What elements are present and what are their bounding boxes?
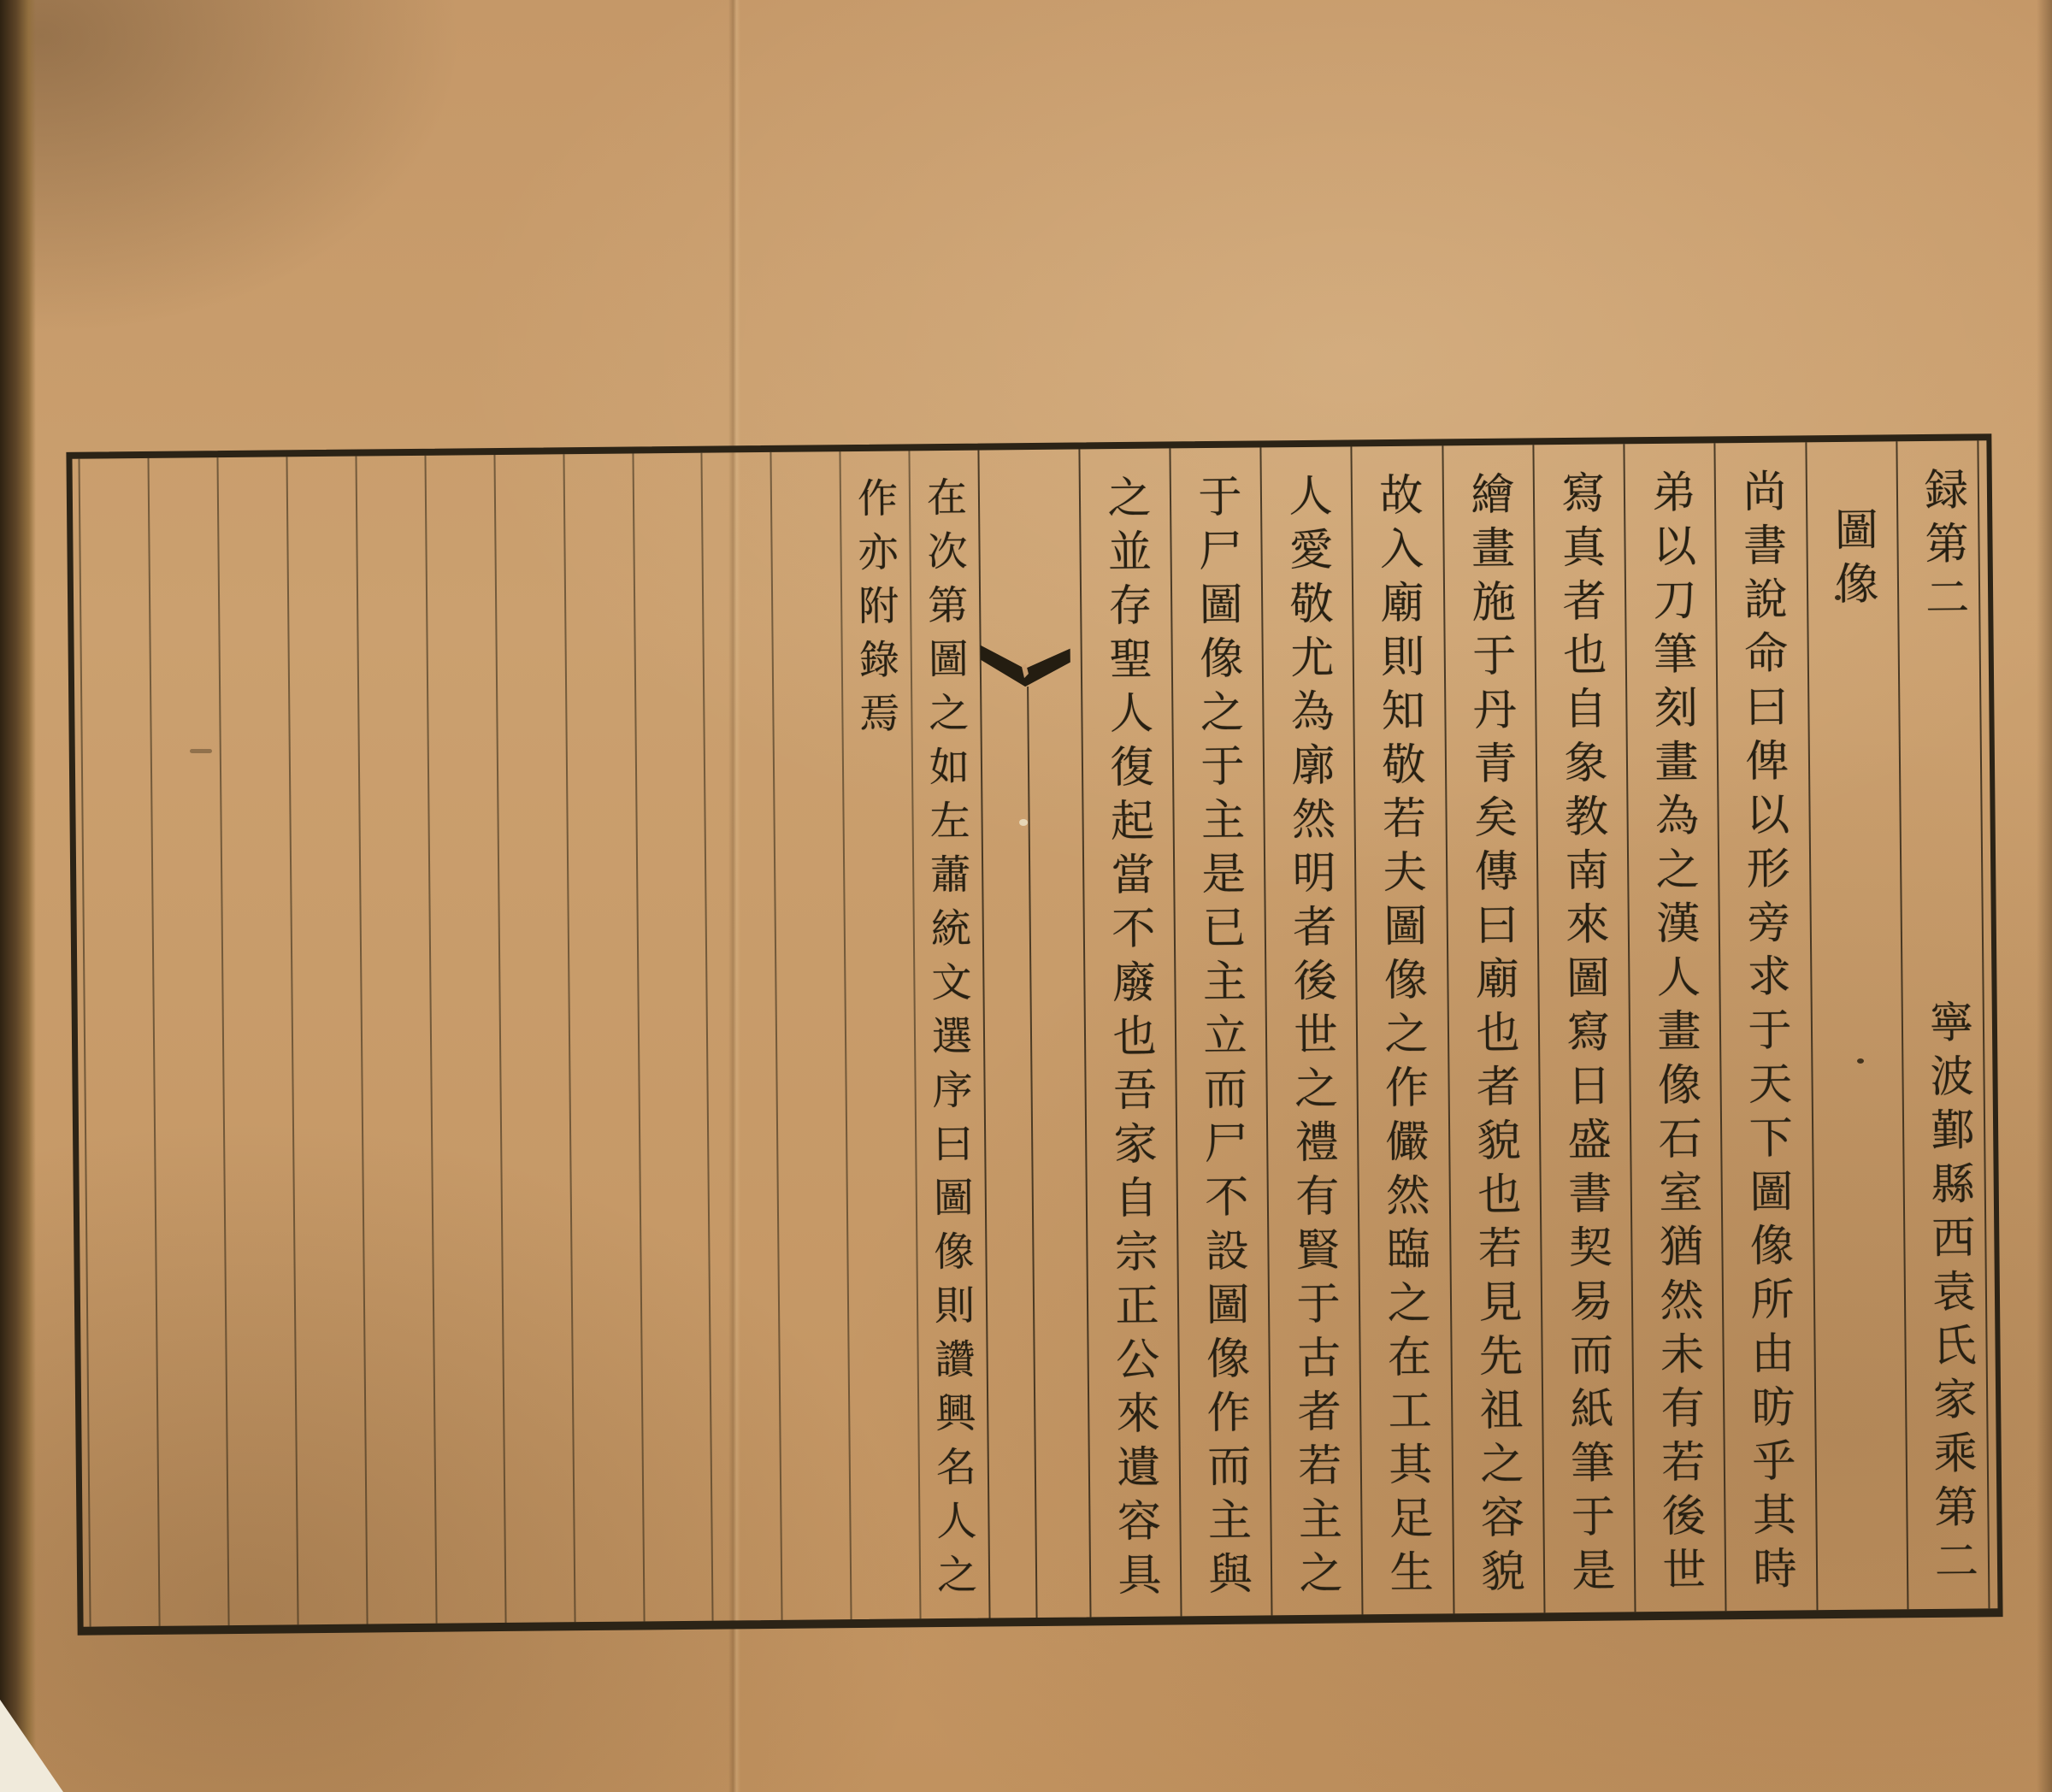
- column-divider: [700, 453, 713, 1621]
- column-text: 尚書說命曰俾以形旁求于天下圖像所由昉乎其時: [1728, 468, 1802, 1600]
- column-text: 故入廟則知敬若夫圖像之作儼然臨之在工其足生: [1365, 472, 1439, 1604]
- column-text: 繪畫施于丹青矣傳曰廟也者貌也若見先祖之容貌: [1456, 471, 1530, 1603]
- column-text: 作亦附錄焉: [846, 476, 905, 746]
- fishtail-mark: [981, 643, 1072, 690]
- paper-background: 録第二寧波鄞縣西袁氏家乘第二圖像尚書說命曰俾以形旁求于天下圖像所由昉乎其時弟以刀…: [0, 0, 2052, 1792]
- paper-fleck: [1019, 819, 1028, 826]
- column-divider: [493, 455, 506, 1623]
- text-column-right-4: 繪畫施于丹青矣傳曰廟也者貌也若見先祖之容貌: [1442, 445, 1543, 1613]
- text-column-right-3: 寫真者也自象教南來圖寫日盛書契易而紙筆于是: [1532, 444, 1634, 1612]
- column-text: 在次第圖之如左蕭統文選序曰圖像則讚興名人之: [915, 476, 983, 1608]
- text-column-right-2: 弟以刀筆刻畫為之漢人畫像石室猶然未有若後世: [1623, 443, 1725, 1612]
- column-text: 人愛敬尤為廓然明者後世之禮有賢于古者若主之: [1274, 473, 1348, 1605]
- column-text: 于尸圖像之于主是已主立而尸不設圖像作而主與: [1183, 474, 1258, 1606]
- text-columns: 録第二寧波鄞縣西袁氏家乘第二圖像尚書說命曰俾以形旁求于天下圖像所由昉乎其時弟以刀…: [72, 440, 1986, 458]
- column-divider: [424, 456, 437, 1624]
- column-divider: [632, 453, 645, 1621]
- column-text: 之並存聖人復起當不廢也吾家自宗正公來遺容具: [1093, 475, 1167, 1606]
- edition-title: 寧波鄞縣西袁氏家乘第二: [1914, 999, 1984, 1592]
- volume-title: 録第二: [1909, 466, 1974, 628]
- text-block-frame: 録第二寧波鄞縣西袁氏家乘第二圖像尚書說命曰俾以形旁求于天下圖像所由昉乎其時弟以刀…: [66, 433, 2002, 1636]
- fold-center-line: [1027, 687, 1037, 1618]
- ink-speck: [1857, 1058, 1864, 1064]
- page-right-edge-shadow: [2037, 0, 2052, 1792]
- book-spine-edge-shadow: [0, 0, 36, 1792]
- ink-smudge: [190, 749, 212, 753]
- text-column-right-6: 人愛敬尤為廓然明者後世之禮有賢于古者若主之: [1259, 446, 1361, 1615]
- column-text: 寫真者也自象教南來圖寫日盛書契易而紙筆于是: [1547, 470, 1621, 1602]
- volume-header-column: 録第二寧波鄞縣西袁氏家乘第二: [1896, 440, 1996, 1609]
- section-title: 圖像: [1819, 506, 1884, 615]
- column-divider: [286, 457, 298, 1624]
- text-column-right-8: 之並存聖人復起當不廢也吾家自宗正公來遺容具: [1078, 448, 1180, 1617]
- column-divider: [355, 457, 368, 1624]
- column-divider: [216, 457, 229, 1625]
- text-column-right-1: 尚書說命曰俾以形旁求于天下圖像所由昉乎其時: [1713, 442, 1815, 1611]
- ink-speck: [1835, 595, 1841, 600]
- scanned-book-spread: { "page_scan": { "right_page": { "header…: [0, 0, 2052, 1792]
- column-text: 弟以刀筆刻畫為之漢人畫像石室猶然未有若後世: [1637, 469, 1712, 1600]
- column-divider: [147, 458, 160, 1626]
- text-column-right-5: 故入廟則知敬若夫圖像之作儼然臨之在工其足生: [1350, 445, 1452, 1614]
- text-column-right-7: 于尸圖像之于主是已主立而尸不設圖像作而主與: [1169, 447, 1271, 1616]
- column-divider: [563, 454, 575, 1622]
- text-column-left-1: 在次第圖之如左蕭統文選序曰圖像則讚興名人之: [908, 451, 988, 1619]
- column-divider: [78, 459, 91, 1627]
- column-divider: [769, 452, 782, 1620]
- text-column-left-2: 作亦附錄焉: [839, 451, 919, 1619]
- section-title-column: 圖像: [1805, 441, 1907, 1610]
